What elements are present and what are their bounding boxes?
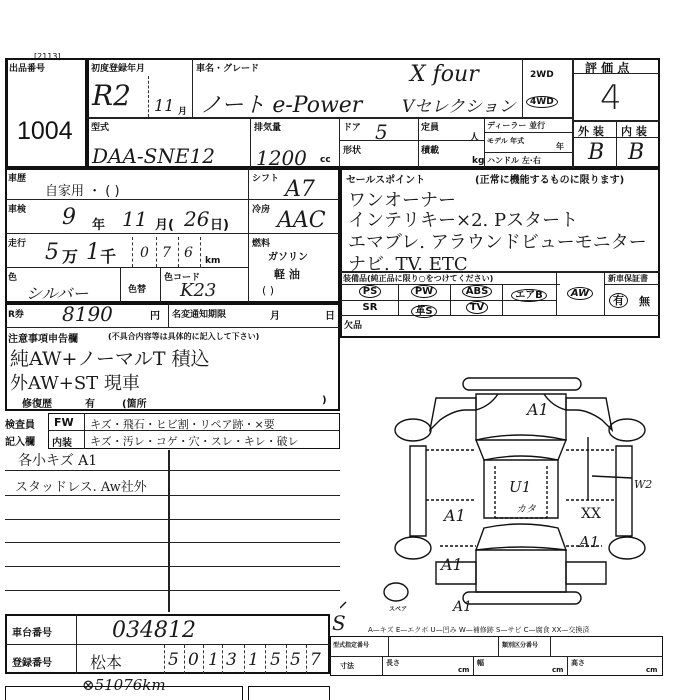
height-label: 高さ [571,658,585,668]
dealer-label: ディーラー 並行 [487,120,545,131]
equip-aw: AW [560,288,600,299]
fuel-gas: ガソリン [268,248,308,263]
car-name: ノート e-Power [200,88,362,119]
inspection-year: 9 [62,205,76,230]
lot-number: 1004 [17,117,73,146]
inspector-label: 検査員 [5,416,35,431]
comment-line-1: 各小キズ A1 [18,450,97,470]
int-label: 内装 [52,434,72,449]
capacity-label: 定員 [421,120,439,133]
missing-label: 欠品 [344,318,362,331]
equip-tv: TV [455,302,499,313]
color-change-label: 色替 [128,282,146,295]
equip-airbag: エアB [506,286,552,301]
recycle-value: 8190 [62,302,113,326]
width-label: 幅 [477,658,484,668]
reg-label: 登録番号 [12,654,52,669]
drive-2wd: 2WD [530,70,554,80]
fuel-other: ( ) [262,284,274,297]
mileage-digit-1: 0 [140,245,149,261]
equipment-label: 装備品(純正品に限り○をつけてください) [343,273,493,284]
first-reg-label: 初度登録年月 [91,61,145,74]
length-label: 長さ [386,658,400,668]
drive-4wd: 4WD [526,97,558,107]
fw-items: キズ・飛石・ヒビ割・リペア跡・×要 [90,416,275,432]
notes-line-1: 純AW+ノーマルT 積込 [10,344,210,371]
model-year-label: モデル 年式 [487,136,524,146]
notes-hint: (不具合内容等は具体的に記入して下さい) [108,331,259,342]
model-code: DAA-SNE12 [92,144,215,168]
usage-label: 車歴 [8,171,26,184]
chassis-label: 車台番号 [12,624,52,639]
damage-mark: W2 [634,478,652,491]
car-name-label: 車名・グレード [196,61,259,74]
damage-mark: XX [581,506,601,522]
reg-digit: 3 [226,650,237,670]
reg-digit: 1 [208,650,219,670]
load-label: 積載 [421,143,439,156]
reg-area: 松本 [90,650,122,673]
inspection-label: 車検 [8,202,26,215]
notes-line-2: 外AW+ST 現車 [10,369,140,395]
repair-label: 修復歴 [22,395,52,410]
damage-mark: A1 [444,506,466,525]
sales-note: (正常に機能するものに限ります) [475,171,624,186]
color-label: 色 [8,270,17,283]
mileage-sen: 1 [86,240,100,265]
equip-leather: 革S [404,302,444,317]
color-code: K23 [180,280,216,301]
reg-digit: 5 [168,650,179,670]
entry-label: 記入欄 [5,433,35,448]
mileage-digit-3: 6 [184,245,193,261]
exterior-grade: B [588,140,604,165]
fw-label: FW [54,416,74,429]
warranty-no: 無 [639,293,650,309]
mileage-man: 5 [45,240,59,265]
damage-mark: A1 [441,555,463,574]
chassis-number: 034812 [112,618,196,643]
comment-line-2: スタッドレス. Aw社外 [15,476,147,495]
shift-value: A7 [285,177,315,202]
damage-mark: A1 [579,533,599,551]
score-value: 4 [600,78,622,118]
recycle-label: R券 [8,307,24,320]
damage-mark: A1 [453,599,472,615]
damage-mark: カタ [516,500,536,515]
handle-label: ハンドル 左·右 [487,155,541,166]
first-reg-month: 11 [154,96,174,115]
interior-grade: B [628,140,644,165]
spare-label: スペア [389,604,407,613]
repair-value: 有 [85,395,95,410]
notice-label: 名変通知期限 [172,307,226,320]
approval-label: 型式指定番号 [333,640,369,649]
warranty-label: 新車保証書 [608,273,648,284]
reg-digit: 0 [188,650,199,670]
class-label: 類別区分番号 [502,640,538,649]
lot-label: 出品番号 [9,61,45,74]
mileage-digit-2: 7 [162,245,171,261]
int-items: キズ・汚レ・コゲ・穴・スレ・キレ・破レ [90,433,299,449]
first-reg-year: R2 [92,79,131,112]
warranty-yes: 有 [609,292,628,308]
handwritten-s: S [332,611,346,635]
equip-sr: SR [350,302,390,313]
displacement: 1200 [256,146,307,170]
reg-digit: 7 [310,650,321,670]
dim-label: 寸法 [340,661,354,671]
lot-box [5,58,87,168]
fuel-diesel: 軽 油 [274,266,300,282]
equip-abs: ABS [455,286,499,297]
car-diagram-icon [340,340,700,610]
damage-legend: A—キズ E—エクボ U—凹み W—補修跡 S—サビ C—腐食 XX—交換済 [368,625,589,635]
grade-line1: X four [410,62,479,87]
model-label: 型式 [91,120,109,133]
sales-label: セールスポイント [346,171,425,186]
notes-label: 注意事項申告欄 [8,330,78,345]
reg-digit: 1 [248,650,259,670]
grade-line2: Vセレクション [402,92,516,117]
usage-value: 自家用 ・ ( ) [45,180,120,199]
reg-digit: 5 [290,650,301,670]
color-value: シルバー [26,281,88,304]
shift-label: シフト [252,171,279,184]
inspection-month: 11 [122,207,147,231]
displacement-label: 排気量 [254,120,281,133]
equip-pw: PW [404,286,444,297]
equip-ps: PS [350,286,390,297]
reg-digit: 5 [270,650,281,670]
shape-label: 形状 [343,143,361,156]
doors-label: ドア [343,120,361,133]
ac-value: AAC [277,208,326,233]
damage-mark: U1 [509,478,531,496]
repair-area: (箇所 [122,395,147,410]
mileage-label: 走行 [8,236,26,249]
ac-label: 冷房 [252,202,270,215]
inspection-day: 26 [184,207,209,231]
damage-mark: A1 [527,400,549,419]
